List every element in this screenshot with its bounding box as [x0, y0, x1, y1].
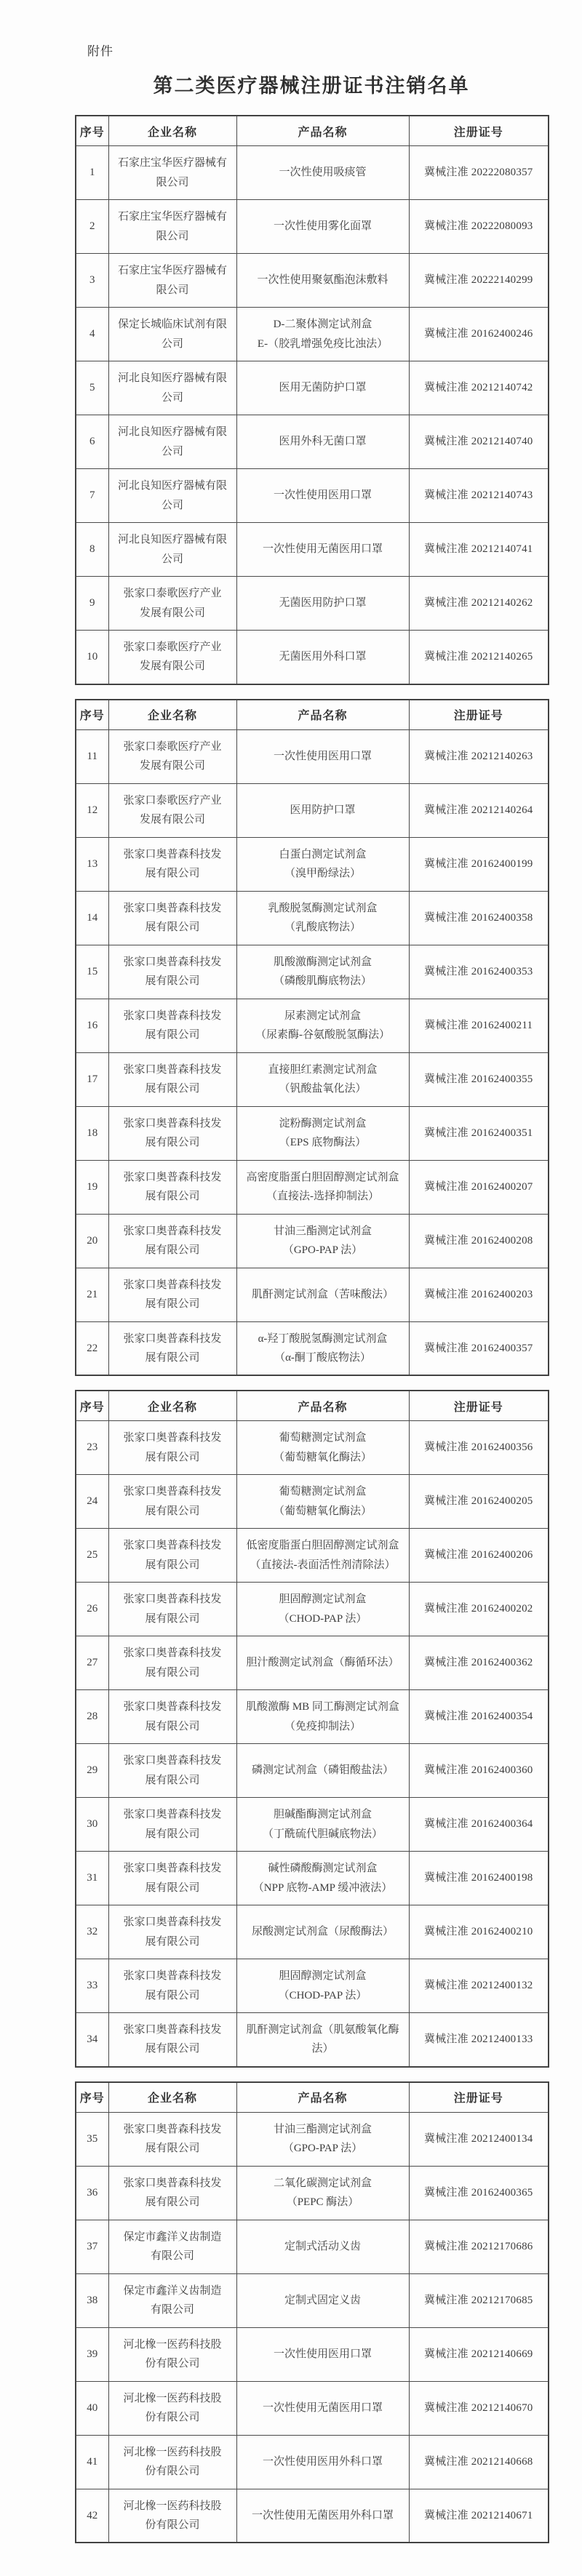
serial-cell: 7 — [76, 469, 108, 523]
table-row: 17 张家口奥普森科技发 展有限公司 直接胆红素测定试剂盒 （钒酸盐氧化法） 冀… — [76, 1052, 549, 1106]
cert-cell: 冀械注准 20162400362 — [409, 1636, 549, 1690]
cert-cell: 冀械注准 20162400205 — [409, 1475, 549, 1529]
product-cell: 胆汁酸测定试剂盒（酶循环法） — [236, 1636, 409, 1690]
tables-container: 序号 企业名称 产品名称 注册证号 1 石家庄宝华医疗器械有限公司 一次性使用吸… — [75, 115, 548, 2543]
product-cell: 肌酐测定试剂盒（苦味酸法） — [236, 1268, 409, 1321]
table-row: 1 石家庄宝华医疗器械有限公司 一次性使用吸痰管 冀械注准 2022208035… — [76, 146, 549, 200]
cert-cell: 冀械注准 20222080357 — [409, 146, 549, 200]
cert-cell: 冀械注准 20212140265 — [409, 631, 549, 684]
table-row: 30 张家口奥普森科技发 展有限公司 胆碱酯酶测定试剂盒 （丁酰硫代胆碱底物法）… — [76, 1798, 549, 1852]
cert-cell: 冀械注准 20162400351 — [409, 1106, 549, 1160]
table-row: 37 保定市鑫洋义齿制造 有限公司 定制式活动义齿 冀械注准 202121706… — [76, 2220, 549, 2273]
serial-cell: 9 — [76, 577, 108, 631]
product-cell: 医用防护口罩 — [236, 783, 409, 837]
product-cell: 一次性使用雾化面罩 — [236, 200, 409, 254]
serial-cell: 11 — [76, 729, 108, 783]
serial-cell: 6 — [76, 415, 108, 469]
product-cell: 一次性使用吸痰管 — [236, 146, 409, 200]
product-cell: 无菌医用外科口罩 — [236, 631, 409, 684]
serial-cell: 24 — [76, 1475, 108, 1529]
product-cell: 一次性使用无菌医用外科口罩 — [236, 2489, 409, 2543]
registration-table-3: 序号 企业名称 产品名称 注册证号 23 张家口奥普森科技发 展有限公司 葡萄糖… — [75, 1390, 549, 2068]
product-cell: 白蛋白测定试剂盒 （溴甲酚绿法） — [236, 837, 409, 891]
serial-cell: 41 — [76, 2435, 108, 2489]
page-title: 第二类医疗器械注册证书注销名单 — [75, 73, 548, 99]
serial-cell: 13 — [76, 837, 108, 891]
product-cell: 定制式活动义齿 — [236, 2220, 409, 2273]
table-row: 26 张家口奥普森科技发 展有限公司 胆固醇测定试剂盒 （CHOD-PAP 法）… — [76, 1583, 549, 1636]
cert-cell: 冀械注准 20212400132 — [409, 1959, 549, 2013]
product-cell: 一次性使用医用外科口罩 — [236, 2435, 409, 2489]
column-header-cert: 注册证号 — [409, 1391, 549, 1421]
company-cell: 张家口奥普森科技发 展有限公司 — [108, 1321, 236, 1375]
product-cell: 胆固醇测定试剂盒 （CHOD-PAP 法） — [236, 1959, 409, 2013]
company-cell: 张家口奥普森科技发 展有限公司 — [108, 837, 236, 891]
cert-cell: 冀械注准 20162400210 — [409, 1905, 549, 1959]
company-cell: 保定长城临床试剂有限公司 — [108, 308, 236, 361]
table-row: 29 张家口奥普森科技发 展有限公司 磷测定试剂盒（磷钼酸盐法） 冀械注准 20… — [76, 1744, 549, 1798]
table-row: 16 张家口奥普森科技发 展有限公司 尿素测定试剂盒 （尿素酶-谷氨酸脱氢酶法）… — [76, 999, 549, 1052]
cert-cell: 冀械注准 20212170686 — [409, 2220, 549, 2273]
cert-cell: 冀械注准 20212400134 — [409, 2112, 549, 2166]
cert-cell: 冀械注准 20162400207 — [409, 1160, 549, 1214]
product-cell: 高密度脂蛋白胆固醇测定试剂盒（直接法-选择抑制法） — [236, 1160, 409, 1214]
registration-table-1: 序号 企业名称 产品名称 注册证号 1 石家庄宝华医疗器械有限公司 一次性使用吸… — [75, 115, 549, 685]
serial-cell: 12 — [76, 783, 108, 837]
cert-cell: 冀械注准 20212140670 — [409, 2381, 549, 2435]
serial-cell: 35 — [76, 2112, 108, 2166]
serial-cell: 3 — [76, 254, 108, 308]
serial-cell: 28 — [76, 1690, 108, 1744]
registration-table-2: 序号 企业名称 产品名称 注册证号 11 张家口泰歌医疗产业 发展有限公司 一次… — [75, 699, 549, 1377]
table-row: 7 河北良知医疗器械有限公司 一次性使用医用口罩 冀械注准 2021214074… — [76, 469, 549, 523]
product-cell: 无菌医用防护口罩 — [236, 577, 409, 631]
product-cell: 胆碱酯酶测定试剂盒 （丁酰硫代胆碱底物法） — [236, 1798, 409, 1852]
company-cell: 张家口奥普森科技发 展有限公司 — [108, 1106, 236, 1160]
table-row: 40 河北橡一医药科技股 份有限公司 一次性使用无菌医用口罩 冀械注准 2021… — [76, 2381, 549, 2435]
company-cell: 张家口泰歌医疗产业 发展有限公司 — [108, 577, 236, 631]
company-cell: 保定市鑫洋义齿制造 有限公司 — [108, 2220, 236, 2273]
serial-cell: 30 — [76, 1798, 108, 1852]
serial-cell: 37 — [76, 2220, 108, 2273]
cert-cell: 冀械注准 20162400353 — [409, 945, 549, 999]
table-row: 3 石家庄宝华医疗器械有限公司 一次性使用聚氨酯泡沫敷料 冀械注准 202221… — [76, 254, 549, 308]
company-cell: 张家口奥普森科技发 展有限公司 — [108, 1160, 236, 1214]
table-row: 4 保定长城临床试剂有限公司 D-二聚体测定试剂盒 E-（胶乳增强免疫比浊法） … — [76, 308, 549, 361]
table-row: 33 张家口奥普森科技发 展有限公司 胆固醇测定试剂盒 （CHOD-PAP 法）… — [76, 1959, 549, 2013]
table-row: 24 张家口奥普森科技发 展有限公司 葡萄糖测定试剂盒 （葡萄糖氧化酶法） 冀械… — [76, 1475, 549, 1529]
product-cell: 淀粉酶测定试剂盒 （EPS 底物酶法） — [236, 1106, 409, 1160]
column-header-serial: 序号 — [76, 116, 108, 146]
company-cell: 张家口奥普森科技发 展有限公司 — [108, 1636, 236, 1690]
cert-cell: 冀械注准 20212140741 — [409, 523, 549, 577]
serial-cell: 40 — [76, 2381, 108, 2435]
product-cell: 尿酸测定试剂盒（尿酸酶法） — [236, 1905, 409, 1959]
table-row: 41 河北橡一医药科技股 份有限公司 一次性使用医用外科口罩 冀械注准 2021… — [76, 2435, 549, 2489]
table-row: 28 张家口奥普森科技发 展有限公司 肌酸激酶 MB 同工酶测定试剂盒（免疫抑制… — [76, 1690, 549, 1744]
cert-cell: 冀械注准 20162400208 — [409, 1214, 549, 1268]
document-page: 附件 第二类医疗器械注册证书注销名单 序号 企业名称 产品名称 注册证号 1 石… — [0, 0, 582, 2576]
product-cell: 一次性使用医用口罩 — [236, 729, 409, 783]
company-cell: 张家口奥普森科技发 展有限公司 — [108, 1690, 236, 1744]
serial-cell: 1 — [76, 146, 108, 200]
serial-cell: 26 — [76, 1583, 108, 1636]
column-header-cert: 注册证号 — [409, 2082, 549, 2113]
serial-cell: 20 — [76, 1214, 108, 1268]
company-cell: 张家口奥普森科技发 展有限公司 — [108, 1214, 236, 1268]
column-header-product: 产品名称 — [236, 700, 409, 730]
cert-cell: 冀械注准 20162400206 — [409, 1529, 549, 1583]
company-cell: 张家口奥普森科技发 展有限公司 — [108, 2166, 236, 2220]
cert-cell: 冀械注准 20212140264 — [409, 783, 549, 837]
column-header-cert: 注册证号 — [409, 116, 549, 146]
serial-cell: 32 — [76, 1905, 108, 1959]
table-row: 18 张家口奥普森科技发 展有限公司 淀粉酶测定试剂盒 （EPS 底物酶法） 冀… — [76, 1106, 549, 1160]
company-cell: 石家庄宝华医疗器械有限公司 — [108, 146, 236, 200]
product-cell: 一次性使用医用口罩 — [236, 2327, 409, 2381]
product-cell: 医用外科无菌口罩 — [236, 415, 409, 469]
cert-cell: 冀械注准 20162400211 — [409, 999, 549, 1052]
company-cell: 张家口奥普森科技发 展有限公司 — [108, 1475, 236, 1529]
cert-cell: 冀械注准 20162400360 — [409, 1744, 549, 1798]
column-header-serial: 序号 — [76, 2082, 108, 2113]
table-row: 25 张家口奥普森科技发 展有限公司 低密度脂蛋白胆固醇测定试剂盒（直接法-表面… — [76, 1529, 549, 1583]
cert-cell: 冀械注准 20162400356 — [409, 1421, 549, 1475]
table-row: 31 张家口奥普森科技发 展有限公司 碱性磷酸酶测定试剂盒 （NPP 底物-AM… — [76, 1852, 549, 1905]
table-row: 15 张家口奥普森科技发 展有限公司 肌酸激酶测定试剂盒 （磷酸肌酶底物法） 冀… — [76, 945, 549, 999]
product-cell: 磷测定试剂盒（磷钼酸盐法） — [236, 1744, 409, 1798]
serial-cell: 10 — [76, 631, 108, 684]
product-cell: 低密度脂蛋白胆固醇测定试剂盒（直接法-表面活性剂清除法） — [236, 1529, 409, 1583]
product-cell: 肌酸激酶测定试剂盒 （磷酸肌酶底物法） — [236, 945, 409, 999]
table-row: 20 张家口奥普森科技发 展有限公司 甘油三酯测定试剂盒 （GPO-PAP 法）… — [76, 1214, 549, 1268]
cert-cell: 冀械注准 20162400202 — [409, 1583, 549, 1636]
cert-cell: 冀械注准 20162400354 — [409, 1690, 549, 1744]
cert-cell: 冀械注准 20162400199 — [409, 837, 549, 891]
cert-cell: 冀械注准 20212140262 — [409, 577, 549, 631]
company-cell: 河北橡一医药科技股 份有限公司 — [108, 2435, 236, 2489]
company-cell: 河北橡一医药科技股 份有限公司 — [108, 2489, 236, 2543]
serial-cell: 4 — [76, 308, 108, 361]
registration-table-4: 序号 企业名称 产品名称 注册证号 35 张家口奥普森科技发 展有限公司 甘油三… — [75, 2081, 549, 2544]
serial-cell: 17 — [76, 1052, 108, 1106]
company-cell: 河北良知医疗器械有限公司 — [108, 361, 236, 415]
cert-cell: 冀械注准 20162400357 — [409, 1321, 549, 1375]
table-row: 6 河北良知医疗器械有限公司 医用外科无菌口罩 冀械注准 20212140740 — [76, 415, 549, 469]
serial-cell: 16 — [76, 999, 108, 1052]
cert-cell: 冀械注准 20162400358 — [409, 891, 549, 945]
table-row: 13 张家口奥普森科技发 展有限公司 白蛋白测定试剂盒 （溴甲酚绿法） 冀械注准… — [76, 837, 549, 891]
serial-cell: 18 — [76, 1106, 108, 1160]
company-cell: 张家口奥普森科技发 展有限公司 — [108, 1583, 236, 1636]
product-cell: 肌酸激酶 MB 同工酶测定试剂盒（免疫抑制法） — [236, 1690, 409, 1744]
company-cell: 张家口奥普森科技发 展有限公司 — [108, 1798, 236, 1852]
cert-cell: 冀械注准 20212140669 — [409, 2327, 549, 2381]
serial-cell: 29 — [76, 1744, 108, 1798]
company-cell: 河北良知医疗器械有限公司 — [108, 523, 236, 577]
table-row: 32 张家口奥普森科技发 展有限公司 尿酸测定试剂盒（尿酸酶法） 冀械注准 20… — [76, 1905, 549, 1959]
company-cell: 张家口泰歌医疗产业 发展有限公司 — [108, 729, 236, 783]
serial-cell: 27 — [76, 1636, 108, 1690]
serial-cell: 19 — [76, 1160, 108, 1214]
company-cell: 张家口奥普森科技发 展有限公司 — [108, 1959, 236, 2013]
serial-cell: 23 — [76, 1421, 108, 1475]
column-header-cert: 注册证号 — [409, 700, 549, 730]
column-header-company: 企业名称 — [108, 116, 236, 146]
serial-cell: 39 — [76, 2327, 108, 2381]
attachment-label: 附件 — [87, 41, 582, 59]
cert-cell: 冀械注准 20212140668 — [409, 2435, 549, 2489]
product-cell: 一次性使用无菌医用口罩 — [236, 2381, 409, 2435]
product-cell: 直接胆红素测定试剂盒 （钒酸盐氧化法） — [236, 1052, 409, 1106]
column-header-company: 企业名称 — [108, 2082, 236, 2113]
company-cell: 张家口奥普森科技发 展有限公司 — [108, 2112, 236, 2166]
product-cell: 葡萄糖测定试剂盒 （葡萄糖氧化酶法） — [236, 1421, 409, 1475]
company-cell: 张家口奥普森科技发 展有限公司 — [108, 945, 236, 999]
company-cell: 河北橡一医药科技股 份有限公司 — [108, 2381, 236, 2435]
company-cell: 张家口奥普森科技发 展有限公司 — [108, 1268, 236, 1321]
serial-cell: 36 — [76, 2166, 108, 2220]
cert-cell: 冀械注准 20162400365 — [409, 2166, 549, 2220]
column-header-product: 产品名称 — [236, 116, 409, 146]
company-cell: 张家口奥普森科技发 展有限公司 — [108, 1052, 236, 1106]
product-cell: 定制式固定义齿 — [236, 2273, 409, 2327]
column-header-company: 企业名称 — [108, 1391, 236, 1421]
cert-cell: 冀械注准 20222140299 — [409, 254, 549, 308]
product-cell: 尿素测定试剂盒 （尿素酶-谷氨酸脱氢酶法） — [236, 999, 409, 1052]
table-header-row: 序号 企业名称 产品名称 注册证号 — [76, 116, 549, 146]
serial-cell: 25 — [76, 1529, 108, 1583]
company-cell: 张家口奥普森科技发 展有限公司 — [108, 891, 236, 945]
table-row: 10 张家口泰歌医疗产业 发展有限公司 无菌医用外科口罩 冀械注准 202121… — [76, 631, 549, 684]
column-header-serial: 序号 — [76, 1391, 108, 1421]
table-row: 27 张家口奥普森科技发 展有限公司 胆汁酸测定试剂盒（酶循环法） 冀械注准 2… — [76, 1636, 549, 1690]
table-row: 22 张家口奥普森科技发 展有限公司 α-羟丁酸脱氢酶测定试剂盒 （α-酮丁酸底… — [76, 1321, 549, 1375]
serial-cell: 8 — [76, 523, 108, 577]
table-row: 23 张家口奥普森科技发 展有限公司 葡萄糖测定试剂盒 （葡萄糖氧化酶法） 冀械… — [76, 1421, 549, 1475]
table-row: 12 张家口泰歌医疗产业 发展有限公司 医用防护口罩 冀械注准 20212140… — [76, 783, 549, 837]
table-header-row: 序号 企业名称 产品名称 注册证号 — [76, 700, 549, 730]
product-cell: 二氧化碳测定试剂盒 （PEPC 酶法） — [236, 2166, 409, 2220]
company-cell: 张家口奥普森科技发 展有限公司 — [108, 1744, 236, 1798]
company-cell: 张家口奥普森科技发 展有限公司 — [108, 1529, 236, 1583]
product-cell: 一次性使用聚氨酯泡沫敷料 — [236, 254, 409, 308]
table-row: 14 张家口奥普森科技发 展有限公司 乳酸脱氢酶测定试剂盒 （乳酸底物法） 冀械… — [76, 891, 549, 945]
product-cell: 甘油三酯测定试剂盒 （GPO-PAP 法） — [236, 1214, 409, 1268]
product-cell: 碱性磷酸酶测定试剂盒 （NPP 底物-AMP 缓冲液法） — [236, 1852, 409, 1905]
company-cell: 河北良知医疗器械有限公司 — [108, 415, 236, 469]
product-cell: 医用无菌防护口罩 — [236, 361, 409, 415]
cert-cell: 冀械注准 20162400355 — [409, 1052, 549, 1106]
serial-cell: 38 — [76, 2273, 108, 2327]
cert-cell: 冀械注准 20212400133 — [409, 2013, 549, 2067]
company-cell: 张家口奥普森科技发 展有限公司 — [108, 999, 236, 1052]
company-cell: 保定市鑫洋义齿制造 有限公司 — [108, 2273, 236, 2327]
product-cell: 一次性使用医用口罩 — [236, 469, 409, 523]
company-cell: 张家口奥普森科技发 展有限公司 — [108, 2013, 236, 2067]
product-cell: 葡萄糖测定试剂盒 （葡萄糖氧化酶法） — [236, 1475, 409, 1529]
serial-cell: 15 — [76, 945, 108, 999]
product-cell: 一次性使用无菌医用口罩 — [236, 523, 409, 577]
table-row: 39 河北橡一医药科技股 份有限公司 一次性使用医用口罩 冀械注准 202121… — [76, 2327, 549, 2381]
cert-cell: 冀械注准 20212140743 — [409, 469, 549, 523]
column-header-serial: 序号 — [76, 700, 108, 730]
company-cell: 河北良知医疗器械有限公司 — [108, 469, 236, 523]
product-cell: α-羟丁酸脱氢酶测定试剂盒 （α-酮丁酸底物法） — [236, 1321, 409, 1375]
product-cell: 乳酸脱氢酶测定试剂盒 （乳酸底物法） — [236, 891, 409, 945]
cert-cell: 冀械注准 20162400364 — [409, 1798, 549, 1852]
serial-cell: 5 — [76, 361, 108, 415]
product-cell: 肌酐测定试剂盒（肌氨酸氧化酶法） — [236, 2013, 409, 2067]
table-row: 34 张家口奥普森科技发 展有限公司 肌酐测定试剂盒（肌氨酸氧化酶法） 冀械注准… — [76, 2013, 549, 2067]
company-cell: 张家口奥普森科技发 展有限公司 — [108, 1421, 236, 1475]
company-cell: 河北橡一医药科技股 份有限公司 — [108, 2327, 236, 2381]
table-row: 5 河北良知医疗器械有限公司 医用无菌防护口罩 冀械注准 20212140742 — [76, 361, 549, 415]
table-header-row: 序号 企业名称 产品名称 注册证号 — [76, 1391, 549, 1421]
table-row: 36 张家口奥普森科技发 展有限公司 二氧化碳测定试剂盒 （PEPC 酶法） 冀… — [76, 2166, 549, 2220]
cert-cell: 冀械注准 20222080093 — [409, 200, 549, 254]
serial-cell: 42 — [76, 2489, 108, 2543]
column-header-product: 产品名称 — [236, 2082, 409, 2113]
serial-cell: 22 — [76, 1321, 108, 1375]
cert-cell: 冀械注准 20212140263 — [409, 729, 549, 783]
serial-cell: 31 — [76, 1852, 108, 1905]
company-cell: 张家口奥普森科技发 展有限公司 — [108, 1852, 236, 1905]
table-row: 2 石家庄宝华医疗器械有限公司 一次性使用雾化面罩 冀械注准 202220800… — [76, 200, 549, 254]
company-cell: 张家口泰歌医疗产业 发展有限公司 — [108, 783, 236, 837]
company-cell: 石家庄宝华医疗器械有限公司 — [108, 254, 236, 308]
column-header-company: 企业名称 — [108, 700, 236, 730]
company-cell: 石家庄宝华医疗器械有限公司 — [108, 200, 236, 254]
company-cell: 张家口奥普森科技发 展有限公司 — [108, 1905, 236, 1959]
serial-cell: 14 — [76, 891, 108, 945]
product-cell: D-二聚体测定试剂盒 E-（胶乳增强免疫比浊法） — [236, 308, 409, 361]
company-cell: 张家口泰歌医疗产业 发展有限公司 — [108, 631, 236, 684]
cert-cell: 冀械注准 20212140742 — [409, 361, 549, 415]
table-row: 11 张家口泰歌医疗产业 发展有限公司 一次性使用医用口罩 冀械注准 20212… — [76, 729, 549, 783]
column-header-product: 产品名称 — [236, 1391, 409, 1421]
cert-cell: 冀械注准 20162400198 — [409, 1852, 549, 1905]
table-row: 21 张家口奥普森科技发 展有限公司 肌酐测定试剂盒（苦味酸法） 冀械注准 20… — [76, 1268, 549, 1321]
product-cell: 甘油三酯测定试剂盒 （GPO-PAP 法） — [236, 2112, 409, 2166]
table-row: 35 张家口奥普森科技发 展有限公司 甘油三酯测定试剂盒 （GPO-PAP 法）… — [76, 2112, 549, 2166]
table-row: 9 张家口泰歌医疗产业 发展有限公司 无菌医用防护口罩 冀械注准 2021214… — [76, 577, 549, 631]
cert-cell: 冀械注准 20212140740 — [409, 415, 549, 469]
table-row: 19 张家口奥普森科技发 展有限公司 高密度脂蛋白胆固醇测定试剂盒（直接法-选择… — [76, 1160, 549, 1214]
cert-cell: 冀械注准 20212170685 — [409, 2273, 549, 2327]
serial-cell: 33 — [76, 1959, 108, 2013]
cert-cell: 冀械注准 20162400246 — [409, 308, 549, 361]
cert-cell: 冀械注准 20162400203 — [409, 1268, 549, 1321]
cert-cell: 冀械注准 20212140671 — [409, 2489, 549, 2543]
table-row: 38 保定市鑫洋义齿制造 有限公司 定制式固定义齿 冀械注准 202121706… — [76, 2273, 549, 2327]
table-row: 42 河北橡一医药科技股 份有限公司 一次性使用无菌医用外科口罩 冀械注准 20… — [76, 2489, 549, 2543]
product-cell: 胆固醇测定试剂盒 （CHOD-PAP 法） — [236, 1583, 409, 1636]
table-row: 8 河北良知医疗器械有限公司 一次性使用无菌医用口罩 冀械注准 20212140… — [76, 523, 549, 577]
serial-cell: 2 — [76, 200, 108, 254]
table-header-row: 序号 企业名称 产品名称 注册证号 — [76, 2082, 549, 2113]
serial-cell: 34 — [76, 2013, 108, 2067]
serial-cell: 21 — [76, 1268, 108, 1321]
